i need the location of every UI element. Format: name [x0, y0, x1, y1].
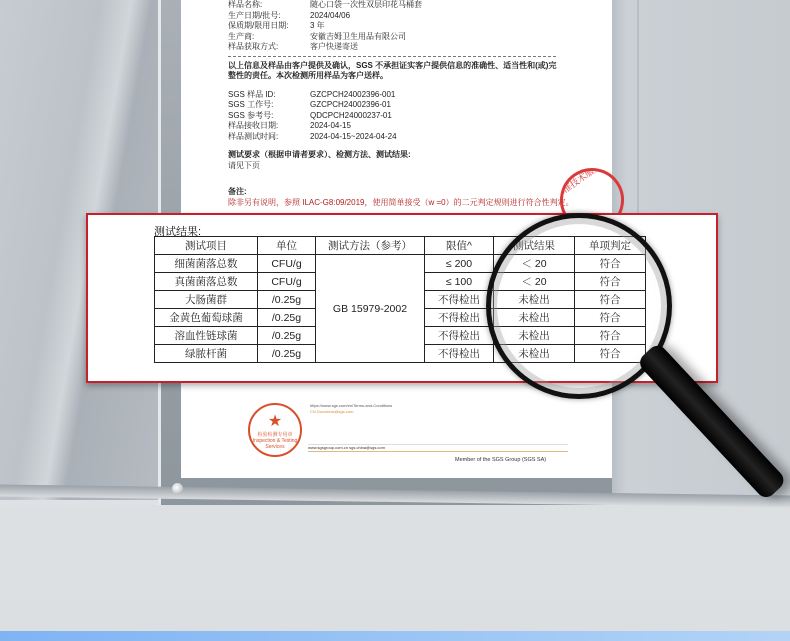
- cell-unit: /0.25g: [258, 309, 316, 327]
- info-row: 样品名称:随心口袋一次性双层印花马桶套: [228, 0, 574, 11]
- cell-limit: 不得检出: [425, 327, 494, 345]
- sgs-seal: ★ 检验检测专用章 Inspection & Testing Services: [248, 403, 302, 457]
- cell-unit: CFU/g: [258, 255, 316, 273]
- cell-method: GB 15979-2002: [316, 255, 425, 363]
- info-row: SGS 样品 ID:GZCPCH24002396-001: [228, 90, 574, 101]
- cell-unit: /0.25g: [258, 291, 316, 309]
- requirements-heading: 测试要求（根据申请者要求）、检测方法、测试结果:: [228, 150, 574, 161]
- disclaimer-text: 以上信息及样品由客户提供及确认，SGS 不承担证实客户提供信息的准确性、适当性和…: [228, 61, 563, 82]
- sgs-member-text: Member of the SGS Group (SGS SA): [455, 457, 546, 463]
- col-header: 测试方法（参考）: [316, 237, 425, 255]
- info-row: 样品获取方式:客户快递寄送: [228, 42, 574, 53]
- cell-item: 溶血性链球菌: [155, 327, 258, 345]
- cell-unit: /0.25g: [258, 327, 316, 345]
- frame-edge-right: [637, 0, 639, 215]
- report-document: 样品名称:随心口袋一次性双层印花马桶套 生产日期/批号:2024/04/06 保…: [228, 0, 574, 208]
- info-row: 生产商:安徽吉姆卫生用品有限公司: [228, 32, 574, 43]
- screw-icon: [172, 483, 183, 494]
- info-row: 样品接收日期:2024-04-15: [228, 121, 574, 132]
- info-row: 样品测试时间:2024-04-15~2024-04-24: [228, 132, 574, 143]
- col-header: 单位: [258, 237, 316, 255]
- info-row: SGS 工作号:GZCPCH24002396-01: [228, 100, 574, 111]
- cell-limit: 不得检出: [425, 309, 494, 327]
- cell-limit: 不得检出: [425, 291, 494, 309]
- cell-item: 绿脓杆菌: [155, 345, 258, 363]
- cell-limit: ≤ 200: [425, 255, 494, 273]
- remark-text: 除非另有说明，参照 ILAC-G8:09/2019，使用简单接受（w =0）的二…: [228, 198, 574, 209]
- cell-item: 细菌菌落总数: [155, 255, 258, 273]
- terms-fine-print: https://www.sgs.com/en/Terms-and-Conditi…: [310, 403, 565, 415]
- info-row: SGS 参考号:QDCPCH24000237-01: [228, 111, 574, 122]
- dashed-divider: [228, 56, 556, 57]
- requirements-text: 请见下页: [228, 161, 574, 172]
- cell-unit: /0.25g: [258, 345, 316, 363]
- floor-surface: [0, 505, 790, 631]
- cell-item: 金黄色葡萄球菌: [155, 309, 258, 327]
- bottom-accent-bar: [0, 631, 790, 641]
- info-row: 生产日期/批号:2024/04/06: [228, 11, 574, 22]
- cell-unit: CFU/g: [258, 273, 316, 291]
- sgs-info-list: SGS 样品 ID:GZCPCH24002396-001 SGS 工作号:GZC…: [228, 90, 574, 143]
- col-header: 测试项目: [155, 237, 258, 255]
- remark-heading: 备注:: [228, 187, 574, 198]
- col-header: 限值^: [425, 237, 494, 255]
- cell-limit: ≤ 100: [425, 273, 494, 291]
- cell-item: 大肠菌群: [155, 291, 258, 309]
- info-row: 保质期/限用日期:3 年: [228, 21, 574, 32]
- address-line: www.sgsgroup.com.cn sgs.china@sgs.com: [308, 444, 568, 452]
- cell-limit: 不得检出: [425, 345, 494, 363]
- star-icon: ★: [250, 413, 300, 431]
- sample-info-list: 样品名称:随心口袋一次性双层印花马桶套 生产日期/批号:2024/04/06 保…: [228, 0, 574, 53]
- cell-item: 真菌菌落总数: [155, 273, 258, 291]
